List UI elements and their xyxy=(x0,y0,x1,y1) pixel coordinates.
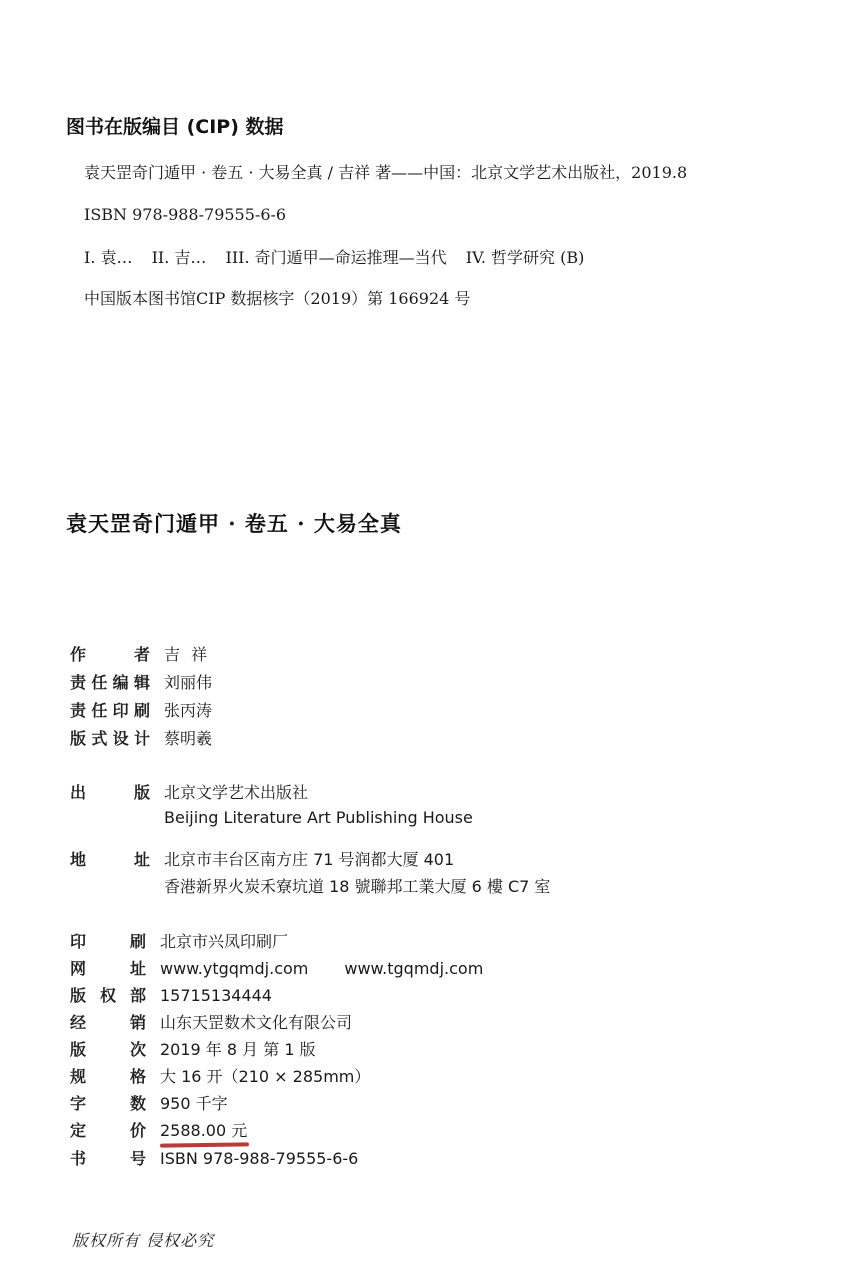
detail-value: www.ytgqmdj.comwww.tgqmdj.com xyxy=(160,959,483,978)
detail-row-isbn: 书号 ISBN 978-988-79555-6-6 xyxy=(70,1146,358,1169)
website-link-1[interactable]: www.ytgqmdj.com xyxy=(160,959,308,978)
credit-label: 作者 xyxy=(70,642,150,665)
detail-row-distributor: 经销 山东天罡数术文化有限公司 xyxy=(70,1010,352,1033)
detail-label: 经销 xyxy=(70,1010,146,1033)
detail-label: 版次 xyxy=(70,1037,146,1060)
address-row: 地址 北京市丰台区南方庄 71 号润都大厦 401 xyxy=(70,847,454,870)
detail-label: 网址 xyxy=(70,956,146,979)
credit-value: 蔡明羲 xyxy=(164,726,212,749)
credit-row-print-manager: 责任印刷 张丙涛 xyxy=(70,698,212,721)
cip-class-1: I. 袁… xyxy=(84,248,133,267)
publisher-name-cn: 北京文学艺术出版社 xyxy=(164,780,308,803)
credit-value: 刘丽伟 xyxy=(164,670,212,693)
detail-label: 书号 xyxy=(70,1146,146,1169)
publisher-name-en: Beijing Literature Art Publishing House xyxy=(164,808,473,827)
detail-value: ISBN 978-988-79555-6-6 xyxy=(160,1149,358,1168)
credit-label: 责任印刷 xyxy=(70,698,150,721)
cip-isbn: ISBN 978-988-79555-6-6 xyxy=(84,205,286,224)
credit-row-designer: 版式设计 蔡明羲 xyxy=(70,726,212,749)
detail-row-format: 规格 大 16 开（210 × 285mm） xyxy=(70,1064,370,1087)
detail-value: 950 千字 xyxy=(160,1091,228,1114)
copyright-notice: 版权所有 侵权必究 xyxy=(72,1228,214,1251)
address-label: 地址 xyxy=(70,847,150,870)
detail-row-price: 定价 2588.00 元 xyxy=(70,1118,247,1141)
cip-classification: I. 袁… II. 吉… III. 奇门遁甲—命运推理—当代 IV. 哲学研究 … xyxy=(84,245,584,268)
credit-label: 版式设计 xyxy=(70,726,150,749)
credit-label: 责任编辑 xyxy=(70,670,150,693)
detail-row-printer: 印刷 北京市兴凤印刷厂 xyxy=(70,929,288,952)
address-line-2: 香港新界火炭禾寮坑道 18 號聯邦工業大厦 6 樓 C7 室 xyxy=(164,874,550,897)
credit-row-author: 作者 吉 祥 xyxy=(70,642,207,665)
detail-value: 2019 年 8 月 第 1 版 xyxy=(160,1037,316,1060)
credit-row-editor: 责任编辑 刘丽伟 xyxy=(70,670,212,693)
detail-value: 山东天罡数术文化有限公司 xyxy=(160,1010,352,1033)
address-line-1: 北京市丰台区南方庄 71 号润都大厦 401 xyxy=(164,847,454,870)
detail-row-word-count: 字数 950 千字 xyxy=(70,1091,228,1114)
detail-label: 定价 xyxy=(70,1118,146,1141)
cip-title-line: 袁天罡奇门遁甲 · 卷五 · 大易全真 / 吉祥 著——中国：北京文学艺术出版社… xyxy=(84,160,687,183)
detail-value: 大 16 开（210 × 285mm） xyxy=(160,1064,370,1087)
credit-value: 吉 祥 xyxy=(164,642,207,665)
detail-label: 字数 xyxy=(70,1091,146,1114)
cip-record-number: 中国版本图书馆CIP 数据核字（2019）第 166924 号 xyxy=(84,286,470,309)
detail-row-website: 网址 www.ytgqmdj.comwww.tgqmdj.com xyxy=(70,956,483,979)
cip-class-2: II. 吉… xyxy=(152,248,207,267)
cip-class-3: III. 奇门遁甲—命运推理—当代 xyxy=(226,248,447,267)
detail-value: 北京市兴凤印刷厂 xyxy=(160,929,288,952)
detail-row-copyright-dept: 版权部 15715134444 xyxy=(70,983,272,1006)
cip-heading: 图书在版编目 (CIP) 数据 xyxy=(66,112,284,139)
book-title: 袁天罡奇门遁甲 · 卷五 · 大易全真 xyxy=(66,508,402,538)
detail-value: 15715134444 xyxy=(160,986,272,1005)
detail-label: 版权部 xyxy=(70,983,146,1006)
detail-label: 印刷 xyxy=(70,929,146,952)
cip-class-4: IV. 哲学研究 (B) xyxy=(466,248,585,267)
publisher-row: 出版 北京文学艺术出版社 xyxy=(70,780,308,803)
publisher-label: 出版 xyxy=(70,780,150,803)
detail-label: 规格 xyxy=(70,1064,146,1087)
website-link-2[interactable]: www.tgqmdj.com xyxy=(344,959,483,978)
price-value: 2588.00 元 xyxy=(160,1118,247,1141)
credit-value: 张丙涛 xyxy=(164,698,212,721)
detail-row-edition: 版次 2019 年 8 月 第 1 版 xyxy=(70,1037,316,1060)
